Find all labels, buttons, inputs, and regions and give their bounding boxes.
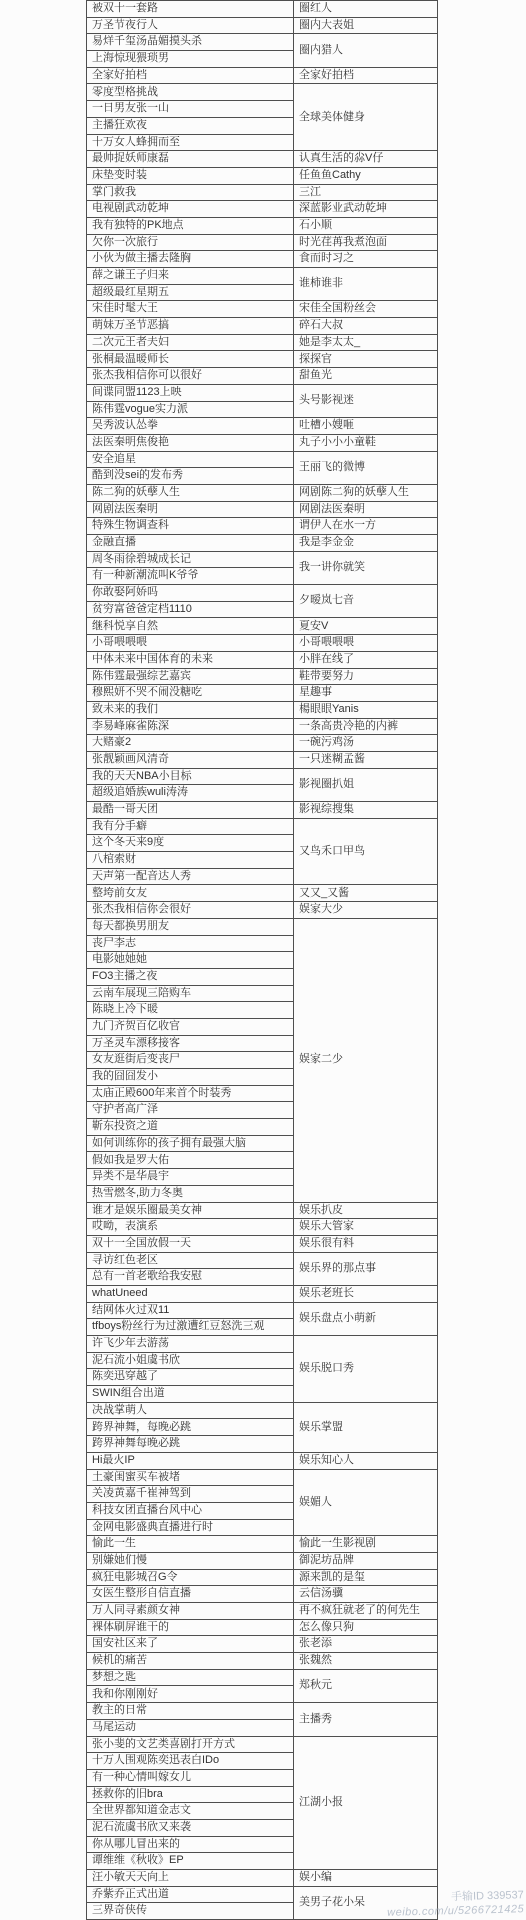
account-cell: 圈内大表姐 (294, 17, 438, 34)
table-row: 安全追星王丽飞的微博 (87, 451, 438, 468)
topic-cell: 周冬雨徐碧城成长记 (87, 551, 294, 568)
table-row: 萌妹万圣节恶搞碎石大叔 (87, 318, 438, 335)
topic-cell: 贫穷富爸爸定档1110 (87, 601, 294, 618)
table-row: 张靓颖画风清奇一只迷糊孟酱 (87, 751, 438, 768)
topic-cell: 愉此一生 (87, 1536, 294, 1553)
table-row: 寻访红色老区娱乐界的那点事 (87, 1252, 438, 1269)
account-cell: 食而时习之 (294, 251, 438, 268)
account-cell: 三江 (294, 184, 438, 201)
topic-cell: 金融直播 (87, 535, 294, 552)
table-row: 法医秦明焦俊艳丸子小小小童鞋 (87, 434, 438, 451)
topic-cell: 万圣节夜行人 (87, 17, 294, 34)
account-cell: 娱家大少 (294, 902, 438, 919)
topic-cell: 有一种新潮流叫K爷爷 (87, 568, 294, 585)
account-cell: 一碗污鸡汤 (294, 735, 438, 752)
table-row: 陈伟霆最强综艺嘉宾鞋带要努力 (87, 668, 438, 685)
topic-cell: 靳东投资之道 (87, 1119, 294, 1136)
table-row: 穆熙妍不哭不闹没糖吃星趣事 (87, 685, 438, 702)
account-cell: 影视综搜集 (294, 802, 438, 819)
table-row: 教主的日常主播秀 (87, 1703, 438, 1720)
table-row: 二次元王者夫妇她是李太太_ (87, 334, 438, 351)
account-cell: 认真生活的尛V仔 (294, 151, 438, 168)
account-cell: 王丽飞的微博 (294, 451, 438, 484)
table-row: 许飞少年去游荡娱乐脱口秀 (87, 1336, 438, 1353)
table-row: 小哥喂喂喂小哥喂喂喂 (87, 635, 438, 652)
account-cell: 郑秋元 (294, 1669, 438, 1702)
table-row: 陈二狗的妖孽人生网剧陈二狗的妖孽人生 (87, 484, 438, 501)
account-cell: 宋佳全国粉丝会 (294, 301, 438, 318)
topic-cell: 我有分手癖 (87, 818, 294, 835)
topic-cell: 汪小敏天天向上 (87, 1870, 294, 1887)
account-cell: 源来凯的是玺 (294, 1569, 438, 1586)
topic-cell: 丧尸李志 (87, 935, 294, 952)
topic-cell: 继科悦享自然 (87, 618, 294, 635)
table-row: 电视剧武动乾坤深蓝影业武动乾坤 (87, 201, 438, 218)
topic-cell: 决战掌萌人 (87, 1402, 294, 1419)
table-row: 周冬雨徐碧城成长记我一讲你就笑 (87, 551, 438, 568)
account-cell: 娱乐界的那点事 (294, 1252, 438, 1285)
topic-cell: 陈伟霆最强综艺嘉宾 (87, 668, 294, 685)
topic-cell: 薛之谦王子归来 (87, 268, 294, 285)
table-row: 最酷一哥天团影视综搜集 (87, 802, 438, 819)
table-row: 最帅捉妖师康磊认真生活的尛V仔 (87, 151, 438, 168)
topic-cell: 你从哪儿冒出来的 (87, 1836, 294, 1853)
topic-cell: tfboys粉丝行为过激遭红豆怒洗三观 (87, 1319, 294, 1336)
table-row: 别嫌她们慢御泥坊品牌 (87, 1552, 438, 1569)
account-cell: 美男子花小呆 (294, 1886, 438, 1919)
table-row: 欠你一次旅行时光荏苒我煮泡面 (87, 234, 438, 251)
topic-cell: 电视剧武动乾坤 (87, 201, 294, 218)
topic-cell: 八棺索财 (87, 852, 294, 869)
account-cell: 鞋带要努力 (294, 668, 438, 685)
topic-cell: 裸体刷屏谁干的 (87, 1619, 294, 1636)
topic-cell: 谁才是娱乐圈最美女神 (87, 1202, 294, 1219)
topic-cell: 我有独特的PK地点 (87, 217, 294, 234)
table-row: 张桐最温暖师长探探官 (87, 351, 438, 368)
topic-cell: 候机的痛苦 (87, 1653, 294, 1670)
topic-cell: 二次元王者夫妇 (87, 334, 294, 351)
account-cell: 甜鱼光 (294, 368, 438, 385)
topic-cell: 陈二狗的妖孽人生 (87, 484, 294, 501)
topic-account-table: 被双十一套路圈红人万圣节夜行人圈内大表姐易烊千玺汤晶媚摸头杀圈内猎人上海惊现猥琐… (86, 0, 438, 1920)
account-cell: 又鸟禾口甲鸟 (294, 818, 438, 885)
topic-cell: 主播狂欢夜 (87, 117, 294, 134)
account-cell: 江湖小报 (294, 1736, 438, 1870)
table-row: 张小斐的文艺类喜剧打开方式江湖小报 (87, 1736, 438, 1753)
account-cell: 娱小编 (294, 1870, 438, 1887)
table-row: 万人同寻素颜女神再不疯狂就老了的何先生 (87, 1603, 438, 1620)
topic-cell: 最酷一哥天团 (87, 802, 294, 819)
topic-cell: 中体未来中国体育的未来 (87, 651, 294, 668)
topic-cell: 女医生整形自信直播 (87, 1586, 294, 1603)
account-cell: 全家好拍档 (294, 67, 438, 84)
table-row: 谁才是娱乐圈最美女神娱乐扒皮 (87, 1202, 438, 1219)
topic-cell: 间谍同盟1123上映 (87, 384, 294, 401)
table-row: 床垫变时装任鱼鱼Cathy (87, 167, 438, 184)
table-row: 大赌豪2一碗污鸡汤 (87, 735, 438, 752)
table-row: 吴秀波认怂拳吐槽小嫂咂 (87, 418, 438, 435)
account-cell: 圈红人 (294, 1, 438, 18)
account-cell: 愉此一生影视剧 (294, 1536, 438, 1553)
account-cell: 夏安V (294, 618, 438, 635)
topic-cell: 小伙为做主播去隆胸 (87, 251, 294, 268)
table-row: 张杰我相信你会很好娱家大少 (87, 902, 438, 919)
topic-cell: 陈伟霆vogue实力派 (87, 401, 294, 418)
account-cell: 娱乐知心人 (294, 1452, 438, 1469)
topic-cell: 大赌豪2 (87, 735, 294, 752)
topic-cell: 谭维维《秋收》EP (87, 1853, 294, 1870)
topic-cell: 国安社区来了 (87, 1636, 294, 1653)
topic-cell: 陈奕迅穿越了 (87, 1369, 294, 1386)
topic-cell: 电影她她她 (87, 952, 294, 969)
topic-cell: 九门齐贺百亿收官 (87, 1018, 294, 1035)
topic-cell: 有一种心情叫嫁女儿 (87, 1769, 294, 1786)
topic-cell: 张桐最温暖师长 (87, 351, 294, 368)
topic-cell: 上海惊现猥琐男 (87, 51, 294, 68)
topic-cell: 云南车展现三陪购车 (87, 985, 294, 1002)
account-cell: 娱乐掌盟 (294, 1402, 438, 1452)
account-cell: 影视圈扒姐 (294, 768, 438, 801)
topic-cell: 一日男友张一山 (87, 101, 294, 118)
table-row: 掌门救我三江 (87, 184, 438, 201)
topic-cell: 李易峰麻雀陈深 (87, 718, 294, 735)
account-cell: 小哥喂喂喂 (294, 635, 438, 652)
topic-cell: 致未来的我们 (87, 701, 294, 718)
topic-cell: 科技女团直播台风中心 (87, 1502, 294, 1519)
topic-cell: 酷到没sei的发布秀 (87, 468, 294, 485)
topic-cell: 跨界神舞，每晚必跳 (87, 1419, 294, 1436)
topic-cell: 陈晓上冷下暖 (87, 1002, 294, 1019)
topic-cell: 张杰我相信你会很好 (87, 902, 294, 919)
topic-cell: 我的囧囧发小 (87, 1069, 294, 1086)
topic-cell: 张靓颖画风清奇 (87, 751, 294, 768)
account-cell: 一条高贵冷艳的内裤 (294, 718, 438, 735)
table-row: 我有独特的PK地点石小顺 (87, 217, 438, 234)
topic-cell: 这个冬天来9度 (87, 835, 294, 852)
topic-cell: 别嫌她们慢 (87, 1552, 294, 1569)
account-cell: 头号影视迷 (294, 384, 438, 417)
topic-cell: 掌门救我 (87, 184, 294, 201)
account-cell: 我是李金金 (294, 535, 438, 552)
topic-cell: 结网体火过双11 (87, 1302, 294, 1319)
account-cell: 我一讲你就笑 (294, 551, 438, 584)
topic-cell: 梦想之匙 (87, 1669, 294, 1686)
topic-cell: 被双十一套路 (87, 1, 294, 18)
table-row: 梦想之匙郑秋元 (87, 1669, 438, 1686)
topic-cell: 万人同寻素颜女神 (87, 1603, 294, 1620)
topic-cell: Hi最火IP (87, 1452, 294, 1469)
topic-cell: 异类不是华晨宇 (87, 1169, 294, 1186)
table-row: 中体未来中国体育的未来小胖在线了 (87, 651, 438, 668)
account-cell: 丸子小小小童鞋 (294, 434, 438, 451)
topic-cell: 热雪燃冬,助力冬奥 (87, 1185, 294, 1202)
account-cell: 主播秀 (294, 1703, 438, 1736)
table-row: 整垮前女友又又_又酱 (87, 885, 438, 902)
topic-cell: 你敢娶阿娇吗 (87, 585, 294, 602)
table-row: 愉此一生愉此一生影视剧 (87, 1536, 438, 1553)
account-cell: 娱媚人 (294, 1469, 438, 1536)
table-row: 继科悦享自然夏安V (87, 618, 438, 635)
topic-cell: 女友逛街后变丧尸 (87, 1052, 294, 1069)
account-cell: 娱乐大管家 (294, 1219, 438, 1236)
table-row: 易烊千玺汤晶媚摸头杀圈内猎人 (87, 34, 438, 51)
account-cell: 一只迷糊孟酱 (294, 751, 438, 768)
topic-cell: 床垫变时装 (87, 167, 294, 184)
account-cell: 夕暧岚七音 (294, 585, 438, 618)
topic-cell: 疯狂电影城召G令 (87, 1569, 294, 1586)
table-row: 我的天天NBA小目标影视圈扒姐 (87, 768, 438, 785)
topic-cell: 网剧法医秦明 (87, 501, 294, 518)
table-row: 特殊生物调查科谓伊人在水一方 (87, 518, 438, 535)
account-cell: 谓伊人在水一方 (294, 518, 438, 535)
table-row: 哎呦，表演系娱乐大管家 (87, 1219, 438, 1236)
table-row: 网剧法医秦明网剧法医秦明 (87, 501, 438, 518)
table-row: 疯狂电影城召G令源来凯的是玺 (87, 1569, 438, 1586)
account-cell: 网剧陈二狗的妖孽人生 (294, 484, 438, 501)
table-row: 女医生整形自信直播云信汤骥 (87, 1586, 438, 1603)
account-cell: 云信汤骥 (294, 1586, 438, 1603)
table-row: 候机的痛苦张魏然 (87, 1653, 438, 1670)
topic-cell: 十万女人蜂拥而至 (87, 134, 294, 151)
account-cell: 石小顺 (294, 217, 438, 234)
topic-cell: 超级最红星期五 (87, 284, 294, 301)
topic-cell: 萌妹万圣节恶搞 (87, 318, 294, 335)
topic-cell: 寻访红色老区 (87, 1252, 294, 1269)
account-cell: 探探官 (294, 351, 438, 368)
account-cell: 娱乐盘点小萌新 (294, 1302, 438, 1335)
topic-cell: 土豪闺蜜买车被堵 (87, 1469, 294, 1486)
topic-cell: 如何训练你的孩子拥有最强大脑 (87, 1135, 294, 1152)
topic-cell: 宋佳时髦大王 (87, 301, 294, 318)
account-cell: 星趣事 (294, 685, 438, 702)
topic-cell: 守护者高广泽 (87, 1102, 294, 1119)
account-cell: 张魏然 (294, 1653, 438, 1670)
topic-cell: 我的天天NBA小目标 (87, 768, 294, 785)
table-row: 致未来的我们楊眼眼Yanis (87, 701, 438, 718)
topic-cell: 泥石流虞书欣又来袭 (87, 1819, 294, 1836)
account-cell: 任鱼鱼Cathy (294, 167, 438, 184)
table-row: 全家好拍档全家好拍档 (87, 67, 438, 84)
topic-cell: 哎呦，表演系 (87, 1219, 294, 1236)
account-cell: 御泥坊品牌 (294, 1552, 438, 1569)
account-cell: 娱乐老班长 (294, 1285, 438, 1302)
topic-cell: 整垮前女友 (87, 885, 294, 902)
topic-cell: 金网电影盛典直播进行时 (87, 1519, 294, 1536)
topic-cell: 零度型格挑战 (87, 84, 294, 101)
table-row: 被双十一套路圈红人 (87, 1, 438, 18)
account-cell: 深蓝影业武动乾坤 (294, 201, 438, 218)
account-cell: 碎石大叔 (294, 318, 438, 335)
table-row: 零度型格挑战全球美体健身 (87, 84, 438, 101)
account-cell: 楊眼眼Yanis (294, 701, 438, 718)
account-cell: 娱家二少 (294, 918, 438, 1202)
account-cell: 时光荏苒我煮泡面 (294, 234, 438, 251)
topic-cell: 安全追星 (87, 451, 294, 468)
topic-cell: 双十一全国放假一天 (87, 1235, 294, 1252)
topic-cell: 拯救你的旧bra (87, 1786, 294, 1803)
topic-cell: 超级追婚族wuli涛涛 (87, 785, 294, 802)
topic-cell: whatUneed (87, 1285, 294, 1302)
table-row: 裸体刷屏谁干的怎么像只狗 (87, 1619, 438, 1636)
account-cell: 又又_又酱 (294, 885, 438, 902)
topic-cell: 张杰我相信你可以很好 (87, 368, 294, 385)
topic-cell: 马尾运动 (87, 1719, 294, 1736)
topic-cell: 太庙正殿600年来首个时装秀 (87, 1085, 294, 1102)
table-row: 乔紫乔正式出道美男子花小呆 (87, 1886, 438, 1903)
topic-cell: 三界奇侠传 (87, 1903, 294, 1920)
table-row: 薛之谦王子归来谁柿谁非 (87, 268, 438, 285)
topic-cell: 张小斐的文艺类喜剧打开方式 (87, 1736, 294, 1753)
account-cell: 小胖在线了 (294, 651, 438, 668)
table-row: 李易峰麻雀陈深一条高贵冷艳的内裤 (87, 718, 438, 735)
table-row: 间谍同盟1123上映头号影视迷 (87, 384, 438, 401)
account-cell: 张老添 (294, 1636, 438, 1653)
table-row: 万圣节夜行人圈内大表姐 (87, 17, 438, 34)
topic-cell: 吴秀波认怂拳 (87, 418, 294, 435)
account-cell: 娱乐很有料 (294, 1235, 438, 1252)
topic-cell: 总有一首老歌给我安慰 (87, 1269, 294, 1286)
table-row: 结网体火过双11娱乐盘点小萌新 (87, 1302, 438, 1319)
table-row: 张杰我相信你可以很好甜鱼光 (87, 368, 438, 385)
table-row: 宋佳时髦大王宋佳全国粉丝会 (87, 301, 438, 318)
topic-cell: 特殊生物调查科 (87, 518, 294, 535)
account-cell: 谁柿谁非 (294, 268, 438, 301)
table-row: 国安社区来了张老添 (87, 1636, 438, 1653)
table-row: 土豪闺蜜买车被堵娱媚人 (87, 1469, 438, 1486)
table-row: 小伙为做主播去隆胸食而时习之 (87, 251, 438, 268)
topic-cell: 关凌黄嘉千崔神驾到 (87, 1486, 294, 1503)
account-cell: 圈内猎人 (294, 34, 438, 67)
table-row: 我有分手癖又鸟禾口甲鸟 (87, 818, 438, 835)
topic-cell: 许飞少年去游荡 (87, 1336, 294, 1353)
topic-cell: 最帅捉妖师康磊 (87, 151, 294, 168)
table-row: 金融直播我是李金金 (87, 535, 438, 552)
topic-cell: 假如我是罗大佑 (87, 1152, 294, 1169)
account-cell: 怎么像只狗 (294, 1619, 438, 1636)
topic-cell: FO3主播之夜 (87, 968, 294, 985)
topic-cell: 我和你刚刚好 (87, 1686, 294, 1703)
topic-cell: 穆熙妍不哭不闹没糖吃 (87, 685, 294, 702)
account-cell: 吐槽小嫂咂 (294, 418, 438, 435)
topic-cell: 全世界都知道金志文 (87, 1803, 294, 1820)
table-row: whatUneed娱乐老班长 (87, 1285, 438, 1302)
topic-cell: 跨界神舞每晚必跳 (87, 1436, 294, 1453)
topic-cell: 教主的日常 (87, 1703, 294, 1720)
topic-cell: 万圣灵车漂移接客 (87, 1035, 294, 1052)
topic-cell: 十万人围观陈奕迅表白IDo (87, 1753, 294, 1770)
account-cell: 全球美体健身 (294, 84, 438, 151)
topic-cell: SWIN组合出道 (87, 1386, 294, 1403)
topic-cell: 全家好拍档 (87, 67, 294, 84)
table-row: 每天都换男朋友娱家二少 (87, 918, 438, 935)
account-cell: 再不疯狂就老了的何先生 (294, 1603, 438, 1620)
account-cell: 她是李太太_ (294, 334, 438, 351)
account-cell: 娱乐扒皮 (294, 1202, 438, 1219)
topic-cell: 泥石流小姐虞书欣 (87, 1352, 294, 1369)
topic-cell: 法医秦明焦俊艳 (87, 434, 294, 451)
table-row: 双十一全国放假一天娱乐很有料 (87, 1235, 438, 1252)
topic-cell: 乔紫乔正式出道 (87, 1886, 294, 1903)
topic-cell: 每天都换男朋友 (87, 918, 294, 935)
table-row: Hi最火IP娱乐知心人 (87, 1452, 438, 1469)
table-row: 决战掌萌人娱乐掌盟 (87, 1402, 438, 1419)
account-cell: 网剧法医秦明 (294, 501, 438, 518)
topic-cell: 易烊千玺汤晶媚摸头杀 (87, 34, 294, 51)
topic-cell: 欠你一次旅行 (87, 234, 294, 251)
topic-cell: 小哥喂喂喂 (87, 635, 294, 652)
topic-cell: 天声第一配音达人秀 (87, 868, 294, 885)
account-cell: 娱乐脱口秀 (294, 1336, 438, 1403)
table-row: 你敢娶阿娇吗夕暧岚七音 (87, 585, 438, 602)
table-row: 汪小敏天天向上娱小编 (87, 1870, 438, 1887)
